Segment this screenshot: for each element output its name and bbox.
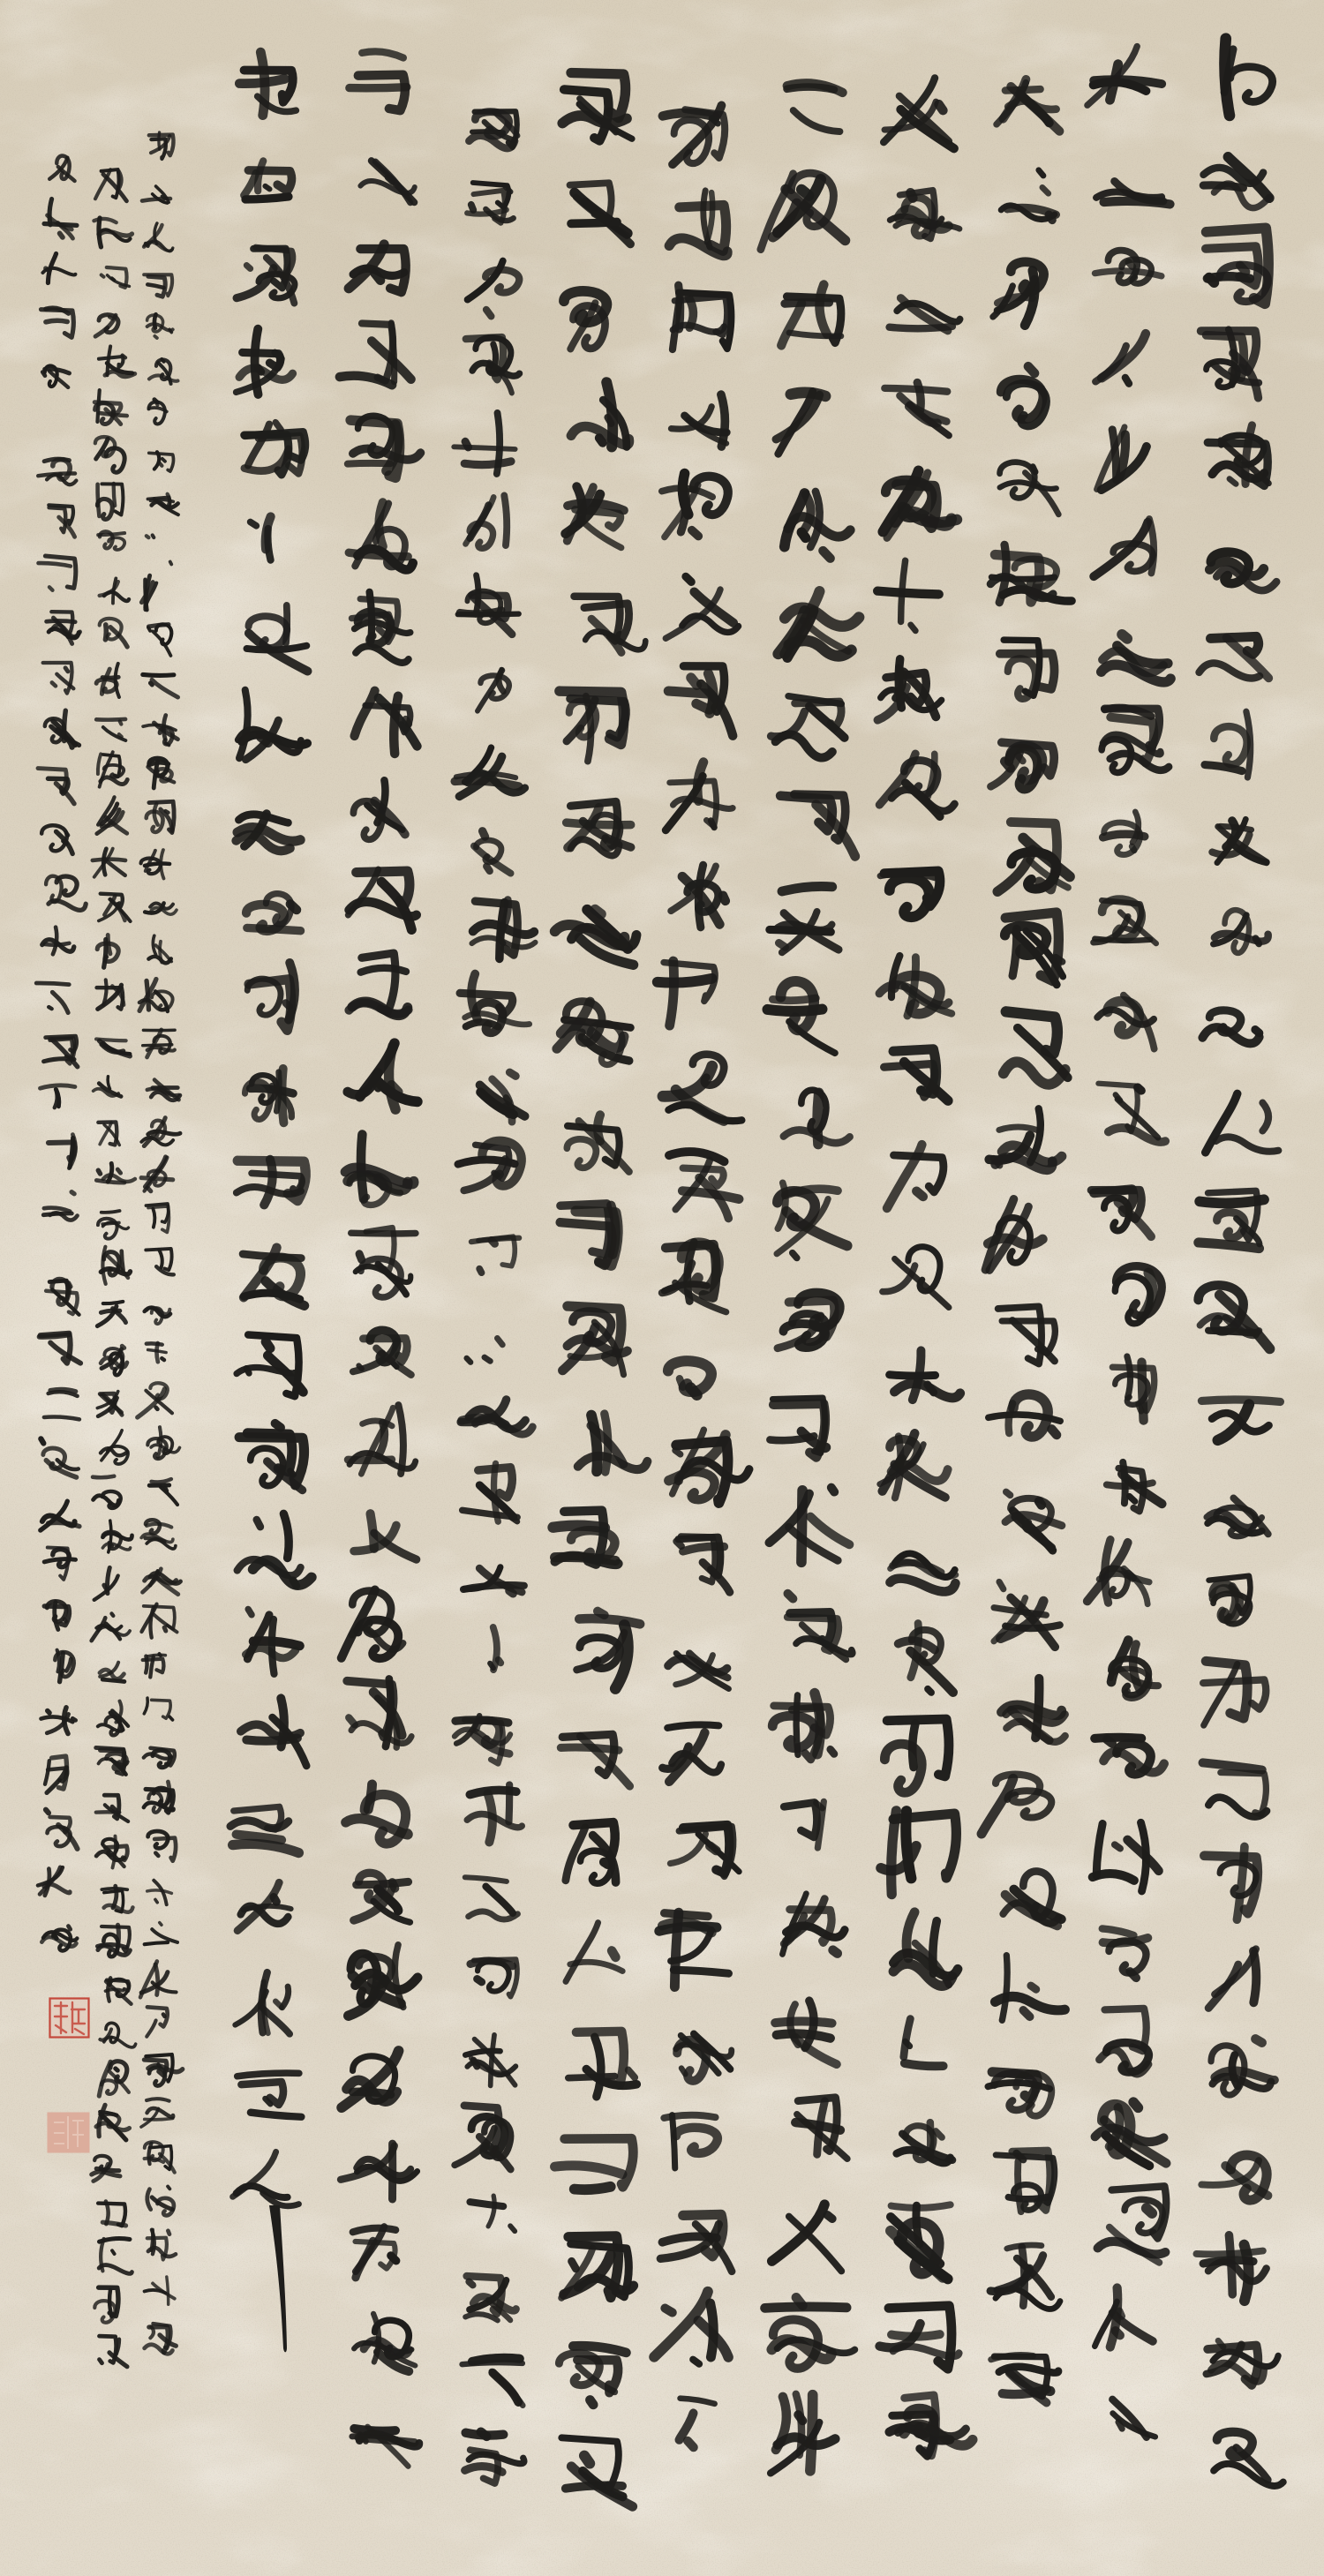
- brush-strokes: [1195, 32, 1288, 124]
- brush-strokes: [872, 552, 957, 637]
- brush-stroke: [999, 1581, 1004, 1588]
- brush-strokes: [139, 1555, 184, 1599]
- brush-strokes: [662, 1525, 741, 1603]
- calligraphy-character: [38, 1275, 83, 1320]
- calligraphy-character: [873, 1804, 967, 1898]
- calligraphy-scroll: 慶曆四年春滕子京謫守巴陵郡越明年政通人和百廢具興乃重 修岳陽樓增其舊制刻唐賢今人…: [0, 0, 1324, 2576]
- calligraphy-character: [340, 498, 418, 576]
- brush-strokes: [658, 181, 740, 262]
- calligraphy-character: [1083, 598, 1175, 690]
- calligraphy-character: [91, 974, 133, 1017]
- brush-stroke: [1028, 366, 1034, 373]
- brush-stroke: [720, 395, 724, 447]
- calligraphy-character: [34, 357, 76, 398]
- brush-stroke: [116, 2068, 117, 2069]
- brush-strokes: [768, 1078, 854, 1163]
- brush-strokes: [89, 432, 133, 476]
- brush-strokes: [553, 268, 641, 356]
- brush-stroke: [1209, 278, 1215, 283]
- brush-stroke: [152, 1479, 172, 1482]
- brush-stroke: [810, 1517, 849, 1545]
- calligraphy-character: [662, 2388, 741, 2467]
- calligraphy-character: [769, 1888, 850, 1969]
- calligraphy-character: [141, 888, 179, 926]
- brush-stroke: [152, 536, 154, 538]
- calligraphy-character: [335, 313, 421, 400]
- brush-strokes: [657, 1621, 734, 1699]
- brush-stroke: [145, 863, 169, 865]
- calligraphy-character: [139, 2272, 177, 2309]
- calligraphy-character: [981, 1378, 1074, 1472]
- brush-strokes: [141, 888, 179, 926]
- brush-strokes: [758, 2387, 851, 2480]
- calligraphy-character: [657, 1621, 734, 1699]
- brush-strokes: [656, 82, 743, 169]
- calligraphy-character: [38, 1753, 81, 1796]
- calligraphy-character: [546, 1812, 633, 1898]
- calligraphy-character: [874, 262, 960, 349]
- brush-stroke: [155, 1853, 158, 1856]
- brush-strokes: [329, 1125, 419, 1215]
- calligraphy-character: [758, 2286, 853, 2380]
- calligraphy-character: [462, 651, 530, 719]
- calligraphy-character: [456, 491, 523, 558]
- calligraphy-character: [135, 572, 179, 616]
- brush-stroke: [567, 1139, 596, 1168]
- calligraphy-character: [229, 868, 311, 950]
- brush-stroke: [148, 624, 169, 626]
- brush-stroke: [1133, 2102, 1138, 2107]
- calligraphy-character: [1186, 604, 1276, 694]
- brush-strokes: [878, 1133, 963, 1218]
- brush-stroke: [1107, 1739, 1112, 1743]
- calligraphy-character: [452, 1049, 530, 1128]
- brush-stroke: [575, 2187, 611, 2189]
- calligraphy-character: [984, 441, 1063, 520]
- calligraphy-character: [647, 1902, 740, 1994]
- calligraphy-character: [94, 1698, 132, 1737]
- calligraphy-character: [872, 552, 957, 637]
- brush-stroke: [471, 205, 473, 210]
- brush-strokes: [546, 1709, 634, 1796]
- brush-stroke: [1006, 2245, 1041, 2249]
- brush-strokes: [337, 42, 423, 128]
- main-text-column-7: 形商旅不行檣傾楫摧薄暮冥冥虎嘯猿啼登斯樓也則有去: [553, 55, 639, 2524]
- brush-strokes: [95, 886, 133, 924]
- calligraphy-character: [649, 1326, 742, 1419]
- brush-stroke: [776, 2397, 786, 2450]
- calligraphy-character: [553, 268, 641, 356]
- calligraphy-character: [139, 2138, 177, 2176]
- calligraphy-character: [654, 657, 741, 744]
- calligraphy-character: [1086, 792, 1163, 869]
- brush-strokes: [981, 1852, 1072, 1944]
- brush-stroke: [510, 2227, 515, 2232]
- calligraphy-character: [138, 1289, 176, 1327]
- brush-stroke: [668, 1362, 711, 1393]
- brush-stroke: [249, 1610, 252, 1615]
- calligraphy-character: [867, 1709, 960, 1802]
- brush-stroke: [1039, 1501, 1042, 1505]
- brush-strokes: [455, 890, 532, 966]
- calligraphy-character: [37, 1381, 82, 1426]
- brush-strokes: [868, 650, 953, 735]
- brush-stroke: [244, 173, 256, 195]
- brush-strokes: [40, 605, 81, 647]
- calligraphy-character: [226, 326, 301, 401]
- brush-strokes: [224, 591, 314, 681]
- brush-stroke: [1221, 1773, 1267, 1815]
- brush-stroke: [499, 671, 503, 692]
- brush-stroke: [576, 486, 582, 523]
- brush-stroke: [464, 462, 511, 465]
- calligraphy-character: [763, 567, 860, 665]
- calligraphy-character: [755, 2184, 849, 2279]
- calligraphy-character: [224, 1322, 312, 1409]
- calligraphy-character: [87, 477, 132, 522]
- calligraphy-character: [549, 988, 636, 1076]
- brush-stroke: [49, 1392, 78, 1396]
- calligraphy-character: [334, 224, 416, 306]
- brush-strokes: [558, 1916, 642, 2000]
- brush-strokes: [982, 2138, 1070, 2226]
- brush-strokes: [34, 707, 84, 757]
- brush-strokes: [135, 572, 179, 616]
- calligraphy-character: [981, 531, 1067, 618]
- brush-stroke: [166, 743, 169, 745]
- brush-stroke: [677, 1542, 681, 1546]
- brush-strokes: [140, 1200, 179, 1239]
- brush-stroke: [100, 2359, 102, 2362]
- calligraphy-character: [89, 840, 129, 880]
- brush-stroke: [1256, 2039, 1262, 2042]
- brush-stroke: [801, 190, 809, 196]
- calligraphy-character: [37, 867, 84, 914]
- calligraphy-character: [91, 162, 132, 204]
- brush-strokes: [762, 466, 859, 563]
- brush-strokes: [974, 1759, 1064, 1849]
- calligraphy-character: [658, 853, 738, 933]
- brush-stroke: [1129, 1497, 1134, 1502]
- brush-stroke: [152, 680, 177, 697]
- calligraphy-character: [139, 2094, 176, 2131]
- brush-strokes: [89, 840, 129, 880]
- calligraphy-character: [546, 2428, 636, 2518]
- calligraphy-character: [137, 662, 180, 705]
- brush-strokes: [35, 1079, 80, 1124]
- brush-stroke: [52, 992, 68, 1012]
- brush-stroke: [101, 2239, 103, 2271]
- calligraphy-character: [138, 1870, 176, 1908]
- brush-strokes: [139, 530, 177, 568]
- brush-strokes: [755, 2184, 849, 2279]
- brush-stroke: [571, 2262, 575, 2270]
- brush-stroke: [47, 621, 76, 622]
- calligraphy-character: [89, 749, 131, 791]
- brush-strokes: [448, 2098, 525, 2174]
- calligraphy-character: [978, 1287, 1066, 1375]
- brush-strokes: [984, 908, 1073, 997]
- brush-strokes: [876, 69, 963, 155]
- calligraphy-character: [40, 605, 81, 647]
- brush-strokes: [758, 2286, 853, 2380]
- brush-strokes: [1192, 2031, 1279, 2118]
- calligraphy-character: [451, 811, 523, 882]
- seal-stamp-1: [49, 1997, 90, 2039]
- calligraphy-character: [447, 1695, 523, 1772]
- brush-strokes: [548, 678, 639, 769]
- brush-stroke: [1031, 1986, 1036, 1990]
- brush-stroke: [354, 2429, 395, 2431]
- brush-stroke: [929, 1689, 932, 1693]
- calligraphy-character: [976, 1099, 1063, 1185]
- calligraphy-character: [449, 1293, 524, 1368]
- brush-stroke: [1203, 1763, 1262, 1770]
- brush-stroke: [470, 2202, 503, 2206]
- brush-strokes: [447, 968, 527, 1048]
- brush-strokes: [226, 1687, 311, 1772]
- calligraphy-character: [982, 1573, 1065, 1656]
- brush-strokes: [136, 2001, 179, 2045]
- brush-stroke: [109, 1164, 113, 1183]
- brush-strokes: [449, 407, 523, 480]
- brush-stroke: [1202, 1027, 1259, 1043]
- calligraphy-character: [549, 2116, 643, 2211]
- calligraphy-character: [227, 777, 312, 861]
- brush-stroke: [55, 1089, 57, 1108]
- brush-strokes: [1087, 2181, 1177, 2271]
- calligraphy-character: [1184, 2219, 1275, 2310]
- brush-strokes: [761, 1787, 842, 1868]
- brush-strokes: [977, 1949, 1064, 2036]
- brush-strokes: [553, 477, 635, 559]
- brush-strokes: [1086, 695, 1171, 780]
- brush-stroke: [1000, 482, 1057, 489]
- brush-strokes: [94, 254, 132, 292]
- brush-strokes: [1191, 1560, 1268, 1638]
- calligraphy-character: [31, 1431, 81, 1482]
- brush-strokes: [35, 195, 82, 242]
- brush-strokes: [142, 485, 181, 524]
- brush-strokes: [873, 1804, 967, 1898]
- calligraphy-character: [139, 441, 178, 480]
- brush-stroke: [1199, 1243, 1260, 1249]
- brush-strokes: [138, 1289, 176, 1327]
- brush-strokes: [37, 867, 84, 914]
- brush-stroke: [831, 1488, 833, 1492]
- brush-strokes: [455, 2264, 523, 2332]
- brush-stroke: [628, 2069, 635, 2077]
- calligraphy-character: [456, 328, 527, 399]
- brush-strokes: [135, 842, 177, 883]
- calligraphy-character: [90, 2192, 132, 2234]
- brush-stroke: [45, 556, 75, 588]
- brush-strokes: [555, 2222, 643, 2310]
- brush-strokes: [1077, 1995, 1165, 2084]
- brush-strokes: [866, 2191, 959, 2285]
- brush-stroke: [265, 1160, 273, 1205]
- brush-stroke: [1138, 1405, 1140, 1411]
- brush-strokes: [450, 1130, 530, 1210]
- brush-strokes: [91, 1112, 128, 1149]
- brush-stroke: [1115, 1844, 1120, 1848]
- brush-stroke: [493, 344, 496, 372]
- calligraphy-character: [761, 1478, 854, 1571]
- calligraphy-character: [229, 1053, 308, 1131]
- calligraphy-character: [553, 1397, 645, 1490]
- brush-stroke: [145, 1942, 168, 1944]
- brush-strokes: [547, 163, 639, 255]
- brush-stroke: [93, 1476, 114, 1478]
- brush-stroke: [68, 1926, 70, 1930]
- brush-stroke: [379, 502, 383, 546]
- calligraphy-character: [648, 2285, 741, 2377]
- calligraphy-character: [1084, 508, 1170, 595]
- brush-strokes: [93, 792, 137, 837]
- brush-strokes: [1198, 1938, 1281, 2021]
- brush-stroke: [281, 1698, 284, 1746]
- brush-strokes: [134, 974, 177, 1018]
- calligraphy-character: [549, 2328, 632, 2411]
- brush-strokes: [31, 1431, 81, 1482]
- calligraphy-character: [550, 1296, 638, 1385]
- brush-strokes: [772, 1283, 851, 1362]
- brush-strokes: [335, 313, 421, 400]
- brush-stroke: [147, 284, 163, 288]
- brush-strokes: [549, 2328, 632, 2411]
- calligraphy-character: [139, 307, 177, 345]
- brush-strokes: [138, 1648, 175, 1685]
- calligraphy-character: [220, 48, 305, 132]
- brush-stroke: [169, 562, 170, 565]
- brush-stroke: [663, 1066, 712, 1096]
- brush-strokes: [984, 627, 1070, 712]
- brush-strokes: [39, 145, 82, 188]
- brush-stroke: [161, 1487, 177, 1505]
- calligraphy-character: [652, 2189, 747, 2283]
- calligraphy-character: [140, 1244, 179, 1283]
- calligraphy-character: [224, 591, 314, 681]
- brush-strokes: [456, 1777, 530, 1851]
- brush-strokes: [981, 1378, 1074, 1472]
- brush-strokes: [87, 298, 129, 340]
- brush-strokes: [1090, 327, 1168, 404]
- calligraphy-character: [458, 1941, 528, 2010]
- calligraphy-character: [764, 1989, 846, 2071]
- brush-stroke: [275, 1423, 281, 1428]
- calligraphy-character: [758, 2387, 851, 2480]
- brush-stroke: [349, 1003, 408, 1013]
- brush-strokes: [226, 326, 301, 401]
- brush-stroke: [117, 1925, 119, 1952]
- brush-stroke: [1216, 1137, 1279, 1151]
- brush-strokes: [1080, 41, 1170, 131]
- calligraphy-character: [89, 207, 132, 250]
- brush-stroke: [1205, 764, 1242, 770]
- brush-stroke: [1122, 635, 1127, 639]
- brush-strokes: [226, 1138, 315, 1228]
- calligraphy-character: [95, 886, 133, 924]
- calligraphy-character: [136, 2001, 179, 2045]
- brush-strokes: [89, 1067, 127, 1105]
- brush-stroke: [148, 1655, 166, 1656]
- brush-stroke: [1230, 479, 1236, 484]
- calligraphy-character: [1087, 417, 1168, 499]
- brush-strokes: [982, 1573, 1065, 1656]
- brush-stroke: [145, 1698, 148, 1714]
- calligraphy-character: [91, 658, 133, 701]
- brush-stroke: [169, 959, 171, 962]
- brush-stroke: [1112, 430, 1117, 480]
- calligraphy-character: [142, 485, 181, 524]
- calligraphy-character: [226, 1687, 311, 1772]
- calligraphy-character: [1080, 1532, 1164, 1616]
- brush-strokes: [38, 1275, 83, 1320]
- calligraphy-character: [34, 444, 80, 491]
- brush-strokes: [979, 1001, 1072, 1093]
- brush-strokes: [91, 974, 133, 1017]
- brush-stroke: [162, 196, 164, 198]
- brush-stroke: [112, 1806, 116, 1810]
- brush-strokes: [331, 1671, 416, 1755]
- brush-stroke: [266, 1341, 270, 1348]
- brush-strokes: [1196, 1465, 1275, 1543]
- brush-strokes: [35, 656, 81, 702]
- brush-strokes: [347, 139, 420, 212]
- brush-strokes: [1083, 598, 1175, 690]
- brush-strokes: [1191, 222, 1283, 314]
- brush-stroke: [43, 1213, 71, 1215]
- brush-stroke: [354, 691, 374, 736]
- brush-strokes: [140, 1244, 179, 1283]
- brush-stroke: [112, 279, 115, 281]
- brush-stroke: [108, 1076, 109, 1088]
- brush-stroke: [121, 1251, 123, 1271]
- main-text-column-1: 慶曆四年春滕子京謫守巴陵郡越明年政通人和百廢具興乃重: [1190, 31, 1282, 2502]
- calligraphy-character: [226, 144, 299, 217]
- calligraphy-character: [35, 195, 82, 242]
- brush-stroke: [686, 577, 691, 582]
- brush-stroke: [566, 822, 630, 825]
- brush-stroke: [498, 1339, 503, 1345]
- brush-stroke: [483, 831, 485, 837]
- brush-strokes: [1198, 2318, 1279, 2400]
- brush-stroke: [607, 417, 611, 424]
- brush-strokes: [139, 1467, 180, 1507]
- brush-strokes: [446, 2420, 524, 2498]
- brush-strokes: [38, 1753, 81, 1796]
- calligraphy-character: [227, 1504, 314, 1591]
- calligraphy-character: [656, 82, 743, 169]
- calligraphy-character: [139, 1778, 182, 1821]
- calligraphy-character: [231, 2055, 310, 2134]
- brush-stroke: [145, 2290, 166, 2293]
- brush-stroke: [679, 1472, 715, 1499]
- calligraphy-character: [1086, 134, 1177, 225]
- brush-stroke: [41, 1085, 75, 1088]
- calligraphy-character: [88, 387, 131, 430]
- brush-stroke: [71, 1192, 74, 1194]
- calligraphy-character: [334, 586, 418, 670]
- brush-stroke: [353, 2092, 391, 2095]
- calligraphy-character: [1197, 418, 1277, 499]
- brush-strokes: [90, 2192, 132, 2234]
- brush-strokes: [451, 811, 523, 882]
- brush-strokes: [984, 441, 1063, 520]
- brush-strokes: [1082, 1812, 1165, 1895]
- brush-strokes: [458, 1941, 528, 2010]
- brush-strokes: [662, 2388, 741, 2467]
